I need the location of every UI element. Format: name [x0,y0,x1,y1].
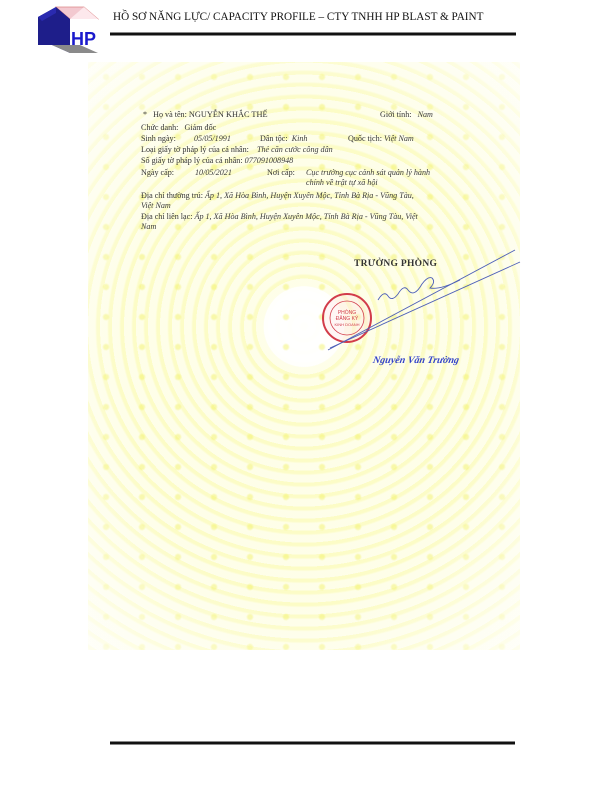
position-value: Giám đốc [185,123,217,132]
nationality-row: Quốc tịch: Việt Nam [348,134,414,144]
id-number-row: Số giấy tờ pháp lý của cá nhân: 07709100… [141,156,293,166]
ethnicity-row: Dân tộc: Kinh [260,134,307,144]
contact-address-row: Địa chỉ liên lạc: Ấp 1, Xã Hòa Bình, Huy… [141,212,418,222]
id-type-row: Loại giấy tờ pháp lý của cá nhân: Thẻ că… [141,145,333,155]
issue-place-row: Nơi cấp: [267,168,295,178]
ethnicity-value: Kinh [292,134,308,143]
position-row: Chức danh: Giám đốc [141,123,216,133]
permanent-address-value: Ấp 1, Xã Hòa Bình, Huyện Xuyên Mộc, Tỉnh… [205,191,414,200]
official-stamp-icon: PHÒNG ĐĂNG KÝ KINH DOANH [323,294,371,342]
contact-address-value: Ấp 1, Xã Hòa Bình, Huyện Xuyên Mộc, Tỉnh… [195,212,418,221]
svg-text:KINH DOANH: KINH DOANH [334,322,359,327]
dob-row: Sinh ngày: [141,134,176,144]
issue-date-value: 10/05/2021 [195,168,232,177]
company-logo: HP [34,5,102,55]
svg-text:PHÒNG: PHÒNG [338,309,356,316]
nationality-value: Việt Nam [384,134,414,143]
bullet-icon: * [143,110,147,119]
dob-value: 05/05/1991 [194,134,231,143]
gender-value: Nam [418,110,433,119]
full-name-value: NGUYỄN KHẮC THẾ [189,110,268,119]
issue-place-value: Cục trưởng cục cảnh sát quản lý hành [306,168,430,177]
signer-name: Nguyễn Văn Trường [372,355,460,366]
issue-date-row: Ngày cấp: [141,168,174,178]
svg-text:ĐĂNG KÝ: ĐĂNG KÝ [336,315,359,322]
full-name-row: * Họ và tên: NGUYỄN KHẮC THẾ [143,110,268,120]
logo-text: HP [71,29,96,49]
id-type-value: Thẻ căn cước công dân [257,145,333,154]
stamp-and-signature: PHÒNG ĐĂNG KÝ KINH DOANH [320,240,530,360]
header-title: HỒ SƠ NĂNG LỰC/ CAPACITY PROFILE – CTY T… [113,11,483,23]
id-number-value: 077091008948 [245,156,294,165]
footer-divider [110,741,515,745]
gender-row: Giới tính: Nam [380,110,433,120]
permanent-address-row: Địa chỉ thường trú: Ấp 1, Xã Hòa Bình, H… [141,191,414,201]
header-divider [110,32,516,36]
